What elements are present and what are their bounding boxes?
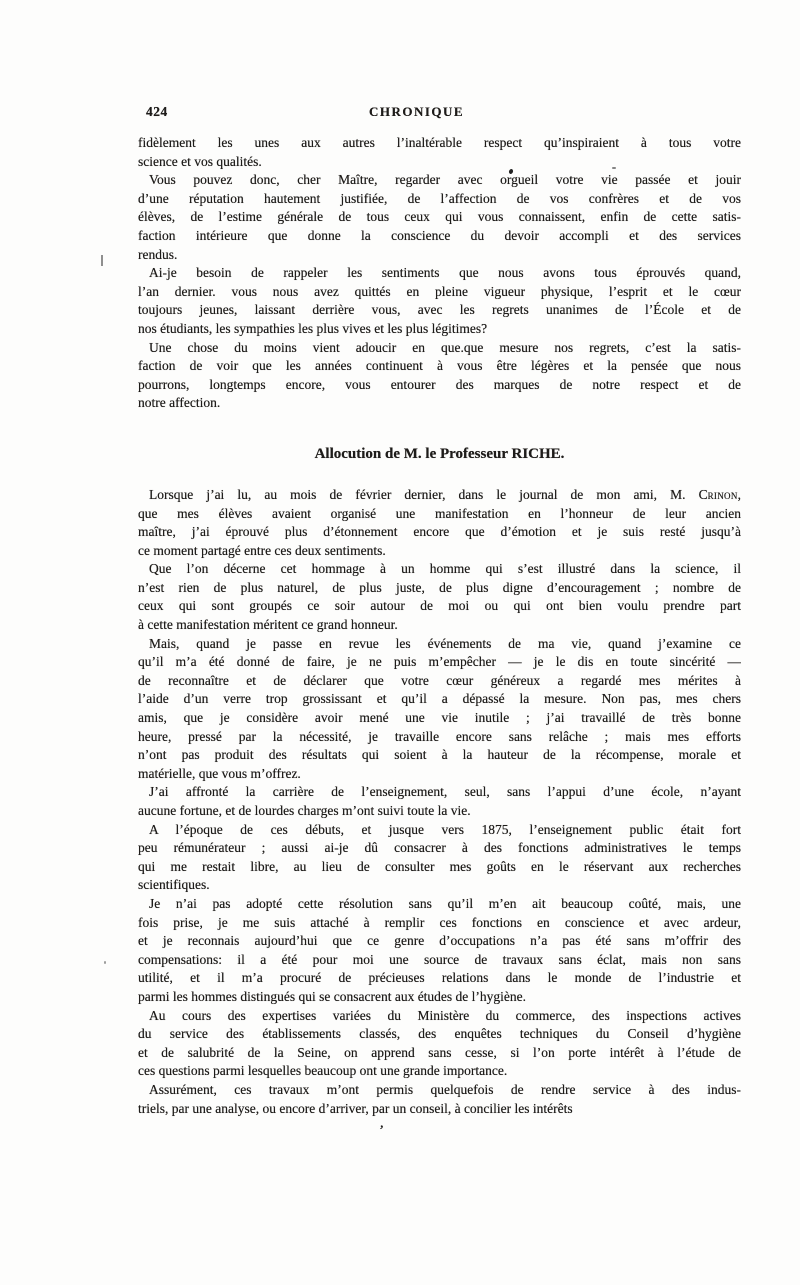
text-line: A l’époque de ces débuts, et jusque vers… bbox=[138, 821, 741, 840]
text-line: science et vos qualités. bbox=[138, 153, 741, 172]
ink-speck bbox=[104, 961, 106, 964]
text-line: triels, par une analyse, ou encore d’arr… bbox=[138, 1100, 741, 1119]
section-heading: Allocution de M. le Professeur RICHE. bbox=[138, 444, 741, 464]
scanned-page: 424 CHRONIQUE fidèlement les unes aux au… bbox=[0, 0, 800, 1285]
text-line: fidèlement les unes aux autres l’inaltér… bbox=[138, 134, 741, 153]
text-line: Ai-je besoin de rappeler les sentiments … bbox=[138, 264, 741, 283]
text-line: qui me restait libre, au lieu de consult… bbox=[138, 858, 741, 877]
text-line: matérielle, que vous m’offrez. bbox=[138, 765, 741, 784]
text-line: d’une réputation hautement justifiée, de… bbox=[138, 190, 741, 209]
text-line: Assurément, ces travaux m’ont permis que… bbox=[138, 1081, 741, 1100]
text-line: Vous pouvez donc, cher Maître, regarder … bbox=[138, 171, 741, 190]
text-line: Que l’on décerne cet hommage à un homme … bbox=[138, 560, 741, 579]
text-line: amis, que je considère avoir mené une vi… bbox=[138, 709, 741, 728]
page-header: 424 CHRONIQUE bbox=[138, 104, 741, 122]
text-line: n’ont pas produit des résultats qui soie… bbox=[138, 746, 741, 765]
text-line: Mais, quand je passe en revue les événem… bbox=[138, 635, 741, 654]
page-body: fidèlement les unes aux autres l’inaltér… bbox=[138, 134, 741, 1118]
text-line: élèves, de l’estime générale de tous ceu… bbox=[138, 208, 741, 227]
text-line: l’aide d’un verre trop grossissant et qu… bbox=[138, 690, 741, 709]
text-line: de reconnaître et de déclarer que votre … bbox=[138, 672, 741, 691]
text-line: compensations: il a été pour moi une sou… bbox=[138, 951, 741, 970]
text-line: et je reconnais aujourd’hui que ce genre… bbox=[138, 932, 741, 951]
text-line: Je n’ai pas adopté cette résolution sans… bbox=[138, 895, 741, 914]
text-line: faction intérieure que donne la conscien… bbox=[138, 227, 741, 246]
text-line: rendus. bbox=[138, 246, 741, 265]
text-line: ce moment partagé entre ces deux sentime… bbox=[138, 542, 741, 561]
text-line: Lorsque j’ai lu, au mois de février dern… bbox=[138, 486, 741, 505]
text-line: parmi les hommes distingués qui se consa… bbox=[138, 988, 741, 1007]
text-line: Au cours des expertises variées du Minis… bbox=[138, 1007, 741, 1026]
stray-ink-mark: ’ bbox=[378, 1122, 385, 1138]
text-line: heure, pressé par la nécessité, je trava… bbox=[138, 728, 741, 747]
small-caps-name: rinon bbox=[708, 487, 738, 502]
text-line: nos étudiants, les sympathies les plus v… bbox=[138, 320, 741, 339]
page-number: 424 bbox=[146, 104, 168, 120]
text-line: ceux qui sont groupés ce soir autour de … bbox=[138, 597, 741, 616]
text-segment: Lorsque j’ai lu, au mois de février dern… bbox=[149, 487, 708, 502]
text-line: maître, j’ai éprouvé plus d’étonnement e… bbox=[138, 523, 741, 542]
text-line: pourrons, longtemps encore, vous entoure… bbox=[138, 376, 741, 395]
text-line: ces questions parmi lesquelles beaucoup … bbox=[138, 1062, 741, 1081]
text-line: notre affection. bbox=[138, 394, 741, 413]
text-line: du service des établissements classés, d… bbox=[138, 1025, 741, 1044]
text-line: Une chose du moins vient adoucir en que.… bbox=[138, 339, 741, 358]
text-line: que mes élèves avaient organisé une mani… bbox=[138, 505, 741, 524]
text-line: n’est rien de plus naturel, de plus just… bbox=[138, 579, 741, 598]
running-title: CHRONIQUE bbox=[138, 104, 741, 120]
text-line: à cette manifestation méritent ce grand … bbox=[138, 616, 741, 635]
text-line: fois prise, je me suis attaché à remplir… bbox=[138, 914, 741, 933]
ink-speck bbox=[612, 167, 616, 169]
text-line: J’ai affronté la carrière de l’enseignem… bbox=[138, 783, 741, 802]
text-segment: , bbox=[738, 487, 741, 502]
text-line: l’an dernier. vous nous avez quittés en … bbox=[138, 283, 741, 302]
text-line: utilité, et il m’a procuré de précieuses… bbox=[138, 969, 741, 988]
text-line: qu’il m’a été donné de faire, je ne puis… bbox=[138, 653, 741, 672]
text-line: aucune fortune, et de lourdes charges m’… bbox=[138, 802, 741, 821]
text-line: scientifiques. bbox=[138, 876, 741, 895]
ink-speck bbox=[101, 255, 103, 266]
text-line: peu rémunérateur ; aussi ai-je dû consac… bbox=[138, 839, 741, 858]
text-line: toujours jeunes, laissant derrière vous,… bbox=[138, 301, 741, 320]
text-line: faction de voir que les années continuen… bbox=[138, 357, 741, 376]
text-line: et de salubrité de la Seine, on apprend … bbox=[138, 1044, 741, 1063]
